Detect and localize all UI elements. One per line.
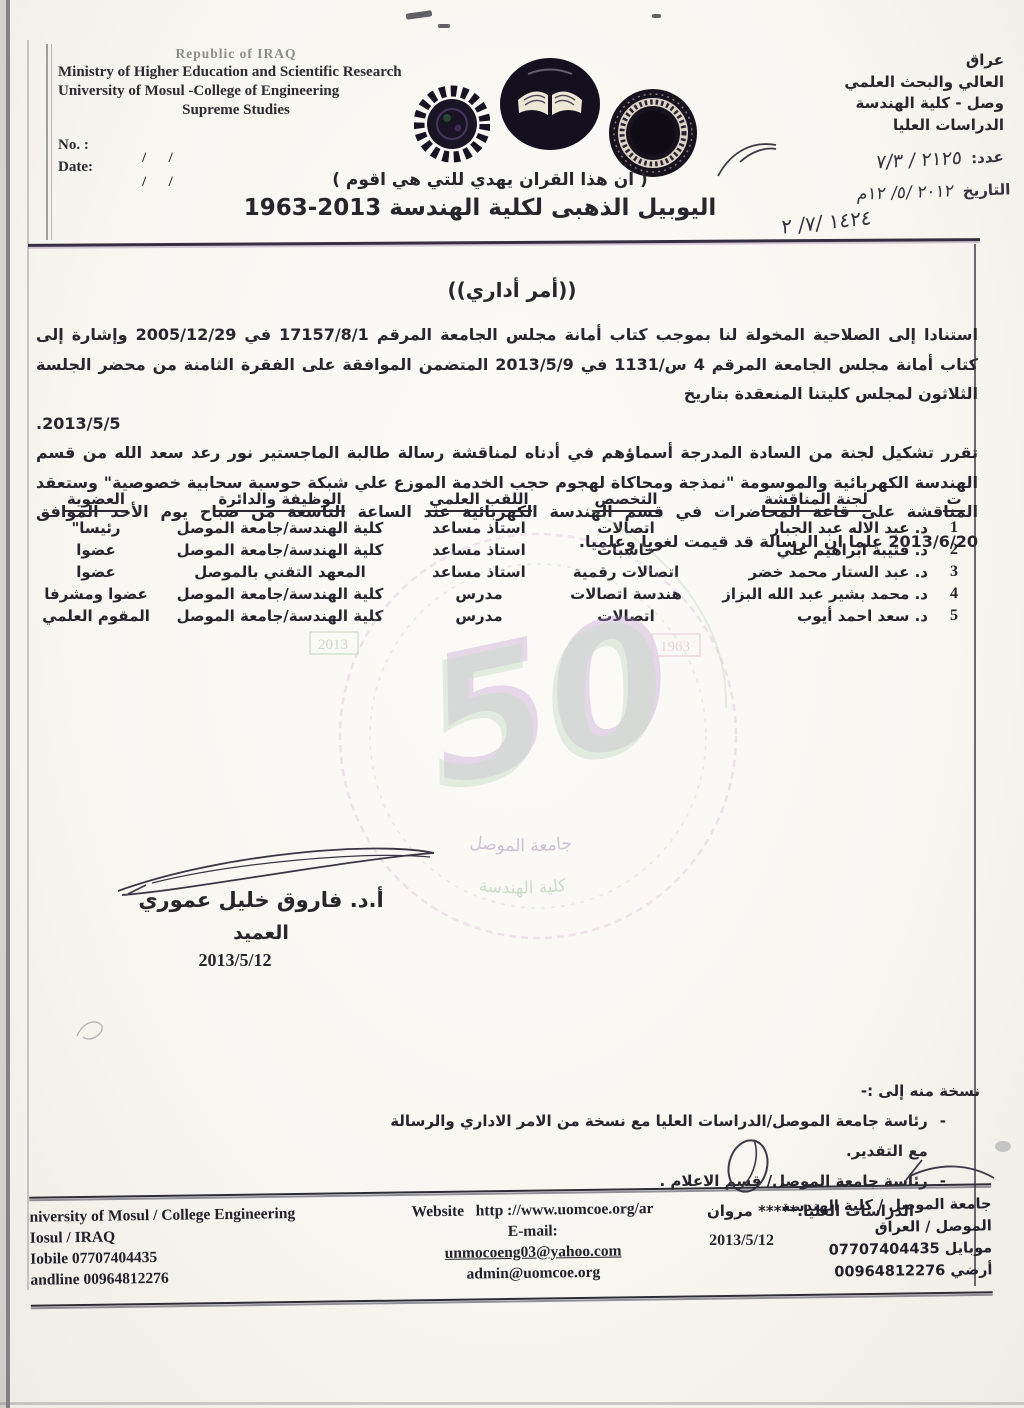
footer-email-2: admin@uomcoe.org	[368, 1260, 698, 1286]
member-membership: رئيسا"	[38, 519, 154, 537]
footer: niversity of Mosul / College Engineering…	[29, 1183, 992, 1306]
member-membership: عضوا	[38, 563, 154, 581]
ministry-line: Ministry of Higher Education and Scienti…	[58, 63, 414, 82]
footer-ar-line: أرضي 00964812276	[708, 1259, 992, 1285]
handwritten-number: ٢١٢٥ / ٧/٣	[875, 147, 963, 174]
member-specialty: اتصالات رقمية	[552, 563, 700, 581]
footer-en-line: andline 00964812276	[30, 1265, 368, 1291]
handwritten-hijri-date: ١٤٢٤ /٧/ ٢	[782, 205, 872, 239]
col-header-title: اللقب العلمي	[406, 490, 552, 515]
row-number: 2	[932, 541, 976, 559]
member-position: كلية الهندسة/جامعة الموصل	[154, 541, 406, 559]
date-label-ar: التاريخ	[962, 180, 1010, 200]
member-title: استاذ مساعد	[406, 563, 552, 581]
signature-date: 2013/5/12	[150, 950, 320, 971]
member-specialty: حاسبات	[552, 541, 700, 559]
university-line: University of Mosul -College of Engineer…	[58, 82, 414, 101]
member-specialty: هندسة اتصالات	[552, 585, 700, 603]
university-seal-logo	[414, 78, 490, 164]
member-title: مدرس	[406, 585, 552, 603]
member-specialty: اتصالات	[552, 607, 700, 625]
footer-english: niversity of Mosul / College Engineering…	[29, 1202, 368, 1295]
col-header-committee: لجنة المناقشة	[700, 490, 932, 515]
footer-arabic: جامعة الموصل / كلية الهندسة الموصل / الع…	[697, 1193, 992, 1285]
republic-line: Republic of IRAQ	[58, 44, 414, 63]
member-specialty: اتصالات	[552, 519, 700, 537]
row-number: 5	[932, 607, 976, 625]
supreme-studies-line: Supreme Studies	[58, 101, 414, 120]
college-seal-logo	[604, 86, 702, 180]
col-header-membership: العضوية	[38, 490, 154, 515]
member-title: استاذ مساعد	[406, 519, 552, 537]
open-book-logo	[498, 56, 602, 152]
scan-speck	[652, 14, 661, 18]
letterhead-english: Republic of IRAQ Ministry of Higher Educ…	[58, 44, 414, 120]
dean-name: أ.د. فاروق خليل عموري	[118, 888, 404, 912]
iraq-line-ar: عراق	[854, 50, 1004, 72]
date-label: Date:	[58, 156, 93, 178]
ministry-line-ar: العالي والبحث العلمي	[766, 72, 1004, 94]
col-header-position: الوظيفة والدائرة	[154, 490, 406, 515]
watermark-tag-2013: 2013	[318, 637, 348, 653]
dean-title: العميد	[118, 922, 404, 944]
number-label-ar: عدد:	[971, 148, 1005, 168]
member-title: استاذ مساعد	[406, 541, 552, 559]
row-number: 1	[932, 519, 976, 537]
row-number: 4	[932, 585, 976, 603]
member-membership: عضوا	[38, 541, 154, 559]
quran-verse-line: ( ان هذا القران يهدي للتي هي اقوم )	[250, 170, 730, 190]
member-name: د. سعد احمد أيوب	[700, 607, 932, 625]
pencil-scribble	[74, 1016, 108, 1046]
member-membership: عضوا ومشرفا	[38, 585, 154, 603]
date-slashes: / /	[142, 174, 173, 191]
member-title: مدرس	[406, 607, 552, 625]
no-label: No. :	[58, 134, 93, 156]
member-membership: المقوم العلمي	[38, 607, 154, 625]
watermark-tag-1963: 1963	[660, 639, 690, 655]
member-name: د. محمد بشير عبد الله البزاز	[700, 585, 932, 603]
scanned-administrative-order: { "letterhead_en": { "line1": "Republic …	[0, 0, 1024, 1408]
page-crease	[27, 40, 29, 1290]
svg-text:كلية الهندسة: كلية الهندسة	[478, 876, 568, 899]
scan-edge	[6, 0, 10, 1408]
member-position: كلية الهندسة/جامعة الموصل	[154, 519, 406, 537]
watermark-arc-university: جامعة الموصل	[469, 833, 573, 857]
member-name: د. عبد الاله عبد الجبار	[700, 519, 932, 537]
left-margin-line	[46, 44, 52, 240]
watermark-arc-college: كلية الهندسة	[478, 876, 568, 899]
member-name: د. قتيبة ابراهيم علي	[700, 541, 932, 559]
row-number: 3	[932, 563, 976, 581]
member-name: د. عبد الستار محمد خضر	[700, 563, 932, 581]
handwritten-number-line: ٢١٢٥ / ٧/٣ عدد:	[876, 145, 1005, 174]
handwritten-date-line: ٢٠١٢ /٥/ ١٢م التاريخ	[856, 179, 1010, 204]
member-position: كلية الهندسة/جامعة الموصل	[154, 607, 406, 625]
committee-table: ت لجنة المناقشة التخصص اللقب العلمي الوظ…	[38, 490, 976, 625]
scan-bottom-edge	[0, 1402, 1024, 1405]
letterhead-arabic: عراق العالي والبحث العلمي وصل - كلية اله…	[766, 50, 1004, 136]
copies-heading: نسخة منه إلى :-	[380, 1076, 980, 1106]
scan-speck	[438, 24, 450, 28]
number-date-labels: No. : Date:	[58, 134, 93, 178]
col-header-specialty: التخصص	[552, 490, 700, 515]
golden-jubilee-line: اليوبيل الذهبى لكلية الهندسة 2013-1963	[200, 195, 760, 221]
college-line-ar: وصل - كلية الهندسة	[766, 93, 1004, 115]
header-rule	[28, 238, 980, 247]
footer-contact: Website http ://www.uomcoe.org/ar E-mail…	[367, 1197, 698, 1290]
col-header-num: ت	[932, 490, 976, 515]
paragraph-1: استنادا إلى الصلاحية المخولة لنا بموجب ك…	[36, 320, 978, 409]
date-slashes: / /	[142, 150, 173, 167]
member-position: كلية الهندسة/جامعة الموصل	[154, 585, 406, 603]
paragraph-1-date: 2013/5/5.	[36, 409, 978, 439]
graduate-studies-line-ar: الدراسات العليا	[802, 115, 1004, 137]
administrative-order-heading: ((أمر أداري))	[312, 278, 712, 302]
member-position: المعهد التقني بالموصل	[154, 563, 406, 581]
handwritten-date: ٢٠١٢ /٥/ ١٢م	[856, 181, 955, 204]
scan-speck	[406, 10, 433, 20]
svg-text:جامعة الموصل: جامعة الموصل	[469, 833, 573, 857]
